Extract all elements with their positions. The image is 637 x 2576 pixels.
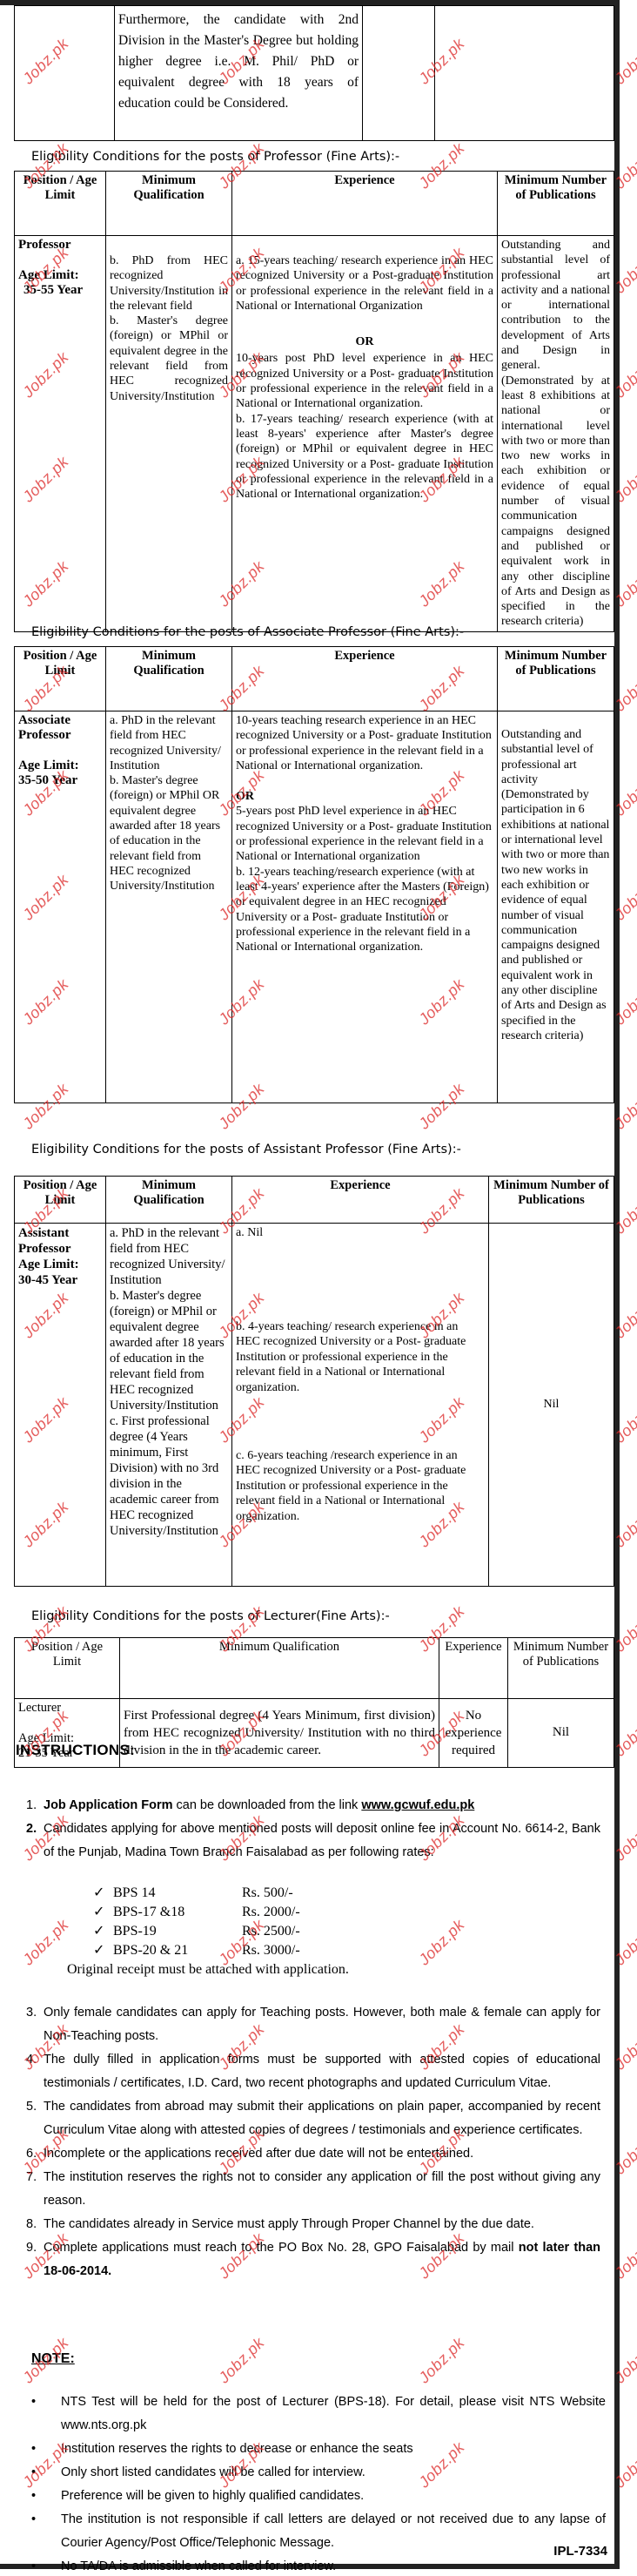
instruction-5: 5.The candidates from abroad may submit … [26,2095,600,2142]
publications-cell: Nil [489,1224,614,1587]
qualification-cell: b. PhD from HEC recognized University/In… [106,236,232,632]
note-item: •The institution is not responsible if c… [31,2508,606,2555]
note-item: •NTS Test will be held for the post of L… [31,2391,606,2438]
receipt-note: Original receipt must be attached with a… [67,1962,349,1978]
bullet-icon: • [31,2391,61,2438]
position-cell: Associate Professor Age Limit: 35-50 Yea… [15,711,106,1103]
bullet-icon: • [31,2438,61,2461]
bullet-icon: • [31,2461,61,2485]
header-position: Position / Age Limit [15,172,106,236]
note-item: •Institution reserves the rights to decr… [31,2438,606,2461]
experience-cell: a. Nil b. 4-years teaching/ research exp… [232,1224,489,1587]
checkmark-icon: ✓ [93,1922,113,1941]
fee-row: ✓BPS 14Rs. 500/- [93,1884,300,1903]
fee-list: ✓BPS 14Rs. 500/- ✓BPS-17 &18Rs. 2000/- ✓… [93,1884,300,1960]
position-cell: Assistant Professor Age Limit: 30-45 Yea… [15,1224,106,1587]
note-title: NOTE: [31,2351,75,2367]
assistant-professor-table: Position / Age Limit Minimum Qualificati… [14,1176,614,1587]
professor-caption: Eligibility Conditions for the posts of … [31,150,399,164]
gcwuf-link[interactable]: www.gcwuf.edu.pk [361,1798,474,1812]
instructions-list: 1. Job Application Form can be downloade… [26,1794,600,1865]
notes-list: •NTS Test will be held for the post of L… [31,2391,606,2576]
professor-table: Position / Age Limit Minimum Qualificati… [14,171,614,632]
bullet-icon: • [31,2485,61,2508]
lecturer-caption: Eligibility Conditions for the posts of … [31,1609,390,1623]
instruction-9: 9.Complete applications must reach to th… [26,2236,600,2283]
position-cell: Professor Age Limit: 35-55 Year [15,236,106,632]
publications-cell: Outstanding and substantial level of pro… [498,236,614,632]
header-publications: Minimum Number of Publications [498,172,614,236]
associate-professor-table: Position / Age Limit Minimum Qualificati… [14,646,614,1103]
checkmark-icon: ✓ [93,1884,113,1903]
instruction-1: 1. Job Application Form can be downloade… [26,1794,600,1817]
instruction-3: 3.Only female candidates can apply for T… [26,2001,600,2048]
header-qualification: Minimum Qualification [106,172,232,236]
fee-row: ✓BPS-17 &18Rs. 2000/- [93,1903,300,1922]
note-item: •Only short listed candidates will be ca… [31,2461,606,2485]
instructions-title: INSTRUCTIONS: [16,1742,135,1759]
experience-cell: 10-years teaching research experience in… [232,711,498,1103]
experience-cell: No experience required [439,1699,508,1768]
qualification-cell: a. PhD in the relevant field from HEC re… [106,1224,232,1587]
fee-row: ✓BPS-20 & 21Rs. 3000/- [93,1941,300,1960]
qualification-cell: a. PhD in the relevant field from HEC re… [106,711,232,1103]
experience-cell: a. 15-years teaching/ research experienc… [232,236,498,632]
instruction-2: 2. Candidates applying for above mention… [26,1817,600,1865]
associate-caption: Eligibility Conditions for the posts of … [31,625,464,639]
instruction-4: 4.The dully filled in application forms … [26,2048,600,2095]
bullet-icon: • [31,2555,61,2576]
fee-row: ✓BPS-19Rs. 2500/- [93,1922,300,1941]
instruction-6: 6.Incomplete or the applications receive… [26,2142,600,2166]
reference-code: IPL-7334 [553,2544,607,2559]
publications-cell: Outstanding and substantial level of pro… [498,711,614,1103]
qualification-cell: First Professional degree (4 Years Minim… [120,1699,439,1768]
header-experience: Experience [232,172,498,236]
continuation-text: Furthermore, the candidate with 2nd Divi… [115,6,363,141]
note-item: •Preference will be given to highly qual… [31,2485,606,2508]
instruction-7: 7.The institution reserves the rights no… [26,2166,600,2213]
instruction-8: 8.The candidates already in Service must… [26,2213,600,2236]
checkmark-icon: ✓ [93,1903,113,1922]
checkmark-icon: ✓ [93,1941,113,1960]
continuation-table: Furthermore, the candidate with 2nd Divi… [14,5,614,141]
instructions-list-continued: 3.Only female candidates can apply for T… [26,2001,600,2283]
bullet-icon: • [31,2508,61,2555]
assistant-caption: Eligibility Conditions for the posts of … [31,1143,461,1157]
note-item: •No TA/DA is admissible when called for … [31,2555,606,2576]
publications-cell: Nil [508,1699,614,1768]
